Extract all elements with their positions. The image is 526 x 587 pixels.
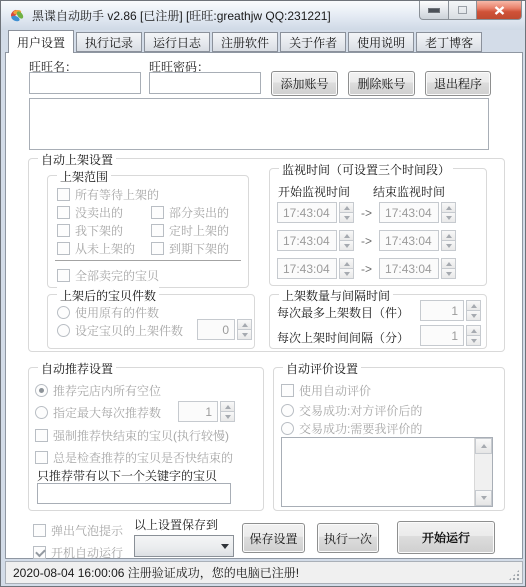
add-account-button[interactable]: 添加账号 — [271, 71, 338, 96]
checkbox-unsold[interactable] — [57, 206, 70, 219]
start-run-button[interactable]: 开始运行 — [397, 521, 495, 554]
auto-review-group-title: 自动评价设置 — [283, 360, 361, 377]
tab-label: 运行日志 — [153, 34, 201, 51]
chevron-down-icon — [217, 536, 233, 556]
scope-row: 从未上架的 — [57, 240, 135, 257]
footer-row: 开机自动运行 — [33, 544, 123, 561]
monitor-period-row: 17:43:04 -> 17:43:04 — [277, 230, 456, 251]
wangwang-name-input[interactable] — [29, 72, 141, 94]
checkbox-all-sold-out[interactable] — [57, 269, 70, 282]
checkbox-label: 所有等待上架的 — [75, 186, 159, 203]
review-row: 使用自动评价 — [281, 382, 371, 399]
status-bar: 2020-08-04 16:00:06 注册验证成功，您的电脑已注册! — [5, 561, 523, 584]
checkbox-label: 我下架的 — [75, 222, 123, 239]
review-row: 交易成功:需要我评价的 — [281, 420, 422, 437]
close-icon — [494, 6, 505, 15]
checkbox-enable-auto-review[interactable] — [281, 384, 294, 397]
tab-about-author[interactable]: 关于作者 — [280, 32, 346, 52]
checkbox-label: 总是检查推荐的宝贝是否快结束的 — [53, 449, 233, 466]
minimize-button[interactable] — [419, 1, 449, 20]
recommend-row: 指定最大每次推荐数 — [35, 404, 161, 421]
app-icon — [9, 8, 25, 24]
checkbox-never-listed[interactable] — [57, 242, 70, 255]
piece-count-row: 使用原有的件数 — [57, 304, 159, 321]
checkbox-label: 部分卖出的 — [169, 204, 229, 221]
scope-row: 到期下架的 — [151, 240, 229, 257]
max-recommend-value: 1 — [178, 401, 218, 422]
spin-up-icon[interactable] — [466, 325, 481, 336]
maximize-icon — [458, 6, 467, 14]
batch-group-title: 上架数量与间隔时间 — [279, 287, 393, 304]
footer-row: 弹出气泡提示 — [33, 522, 123, 539]
wangwang-password-input[interactable] — [149, 72, 261, 94]
arrow-label: -> — [361, 234, 372, 248]
scope-row: 我下架的 — [57, 222, 123, 239]
spin-down-icon[interactable] — [339, 241, 354, 251]
spin-down-icon[interactable] — [466, 336, 481, 346]
end-monitor-label: 结束监视时间 — [373, 183, 445, 200]
recommend-row: 推荐完店内所有空位 — [35, 382, 161, 399]
spin-down-icon[interactable] — [339, 269, 354, 279]
max-per-batch-label: 每次最多上架数目（件） — [277, 304, 409, 321]
scope-row: 部分卖出的 — [151, 204, 229, 221]
caption-buttons — [419, 1, 522, 20]
tab-label: 用户设置 — [17, 34, 65, 51]
run-once-button[interactable]: 执行一次 — [317, 523, 379, 553]
tab-label: 老丁博客 — [425, 34, 473, 51]
radio-review-need-me[interactable] — [281, 422, 294, 435]
monitor-period-row: 17:43:04 -> 17:43:04 — [277, 202, 456, 223]
monitor-period-row: 17:43:04 -> 17:43:04 — [277, 258, 456, 279]
save-to-combobox[interactable] — [134, 535, 234, 557]
spin-down-icon[interactable] — [466, 311, 481, 321]
recommend-row: 总是检查推荐的宝贝是否快结束的 — [35, 449, 233, 466]
end-time-spinner-2[interactable]: 17:43:04 — [379, 230, 456, 251]
interval-minutes-value: 1 — [420, 325, 464, 346]
tab-label: 执行记录 — [85, 34, 133, 51]
spin-down-icon[interactable] — [237, 330, 252, 340]
tab-register-software[interactable]: 注册软件 — [212, 32, 278, 52]
scope-divider — [55, 260, 241, 261]
spin-up-icon[interactable] — [339, 202, 354, 213]
scrollbar-down-icon[interactable] — [475, 490, 492, 506]
auto-listing-group-title: 自动上架设置 — [38, 151, 116, 168]
start-time-value: 17:43:04 — [277, 230, 337, 251]
end-time-value: 17:43:04 — [379, 258, 439, 279]
tab-laoding-blog[interactable]: 老丁博客 — [416, 32, 482, 52]
scope-row: 定时上架的 — [151, 222, 229, 239]
spin-up-icon[interactable] — [237, 319, 252, 330]
spin-down-icon[interactable] — [339, 213, 354, 223]
spin-up-icon[interactable] — [339, 230, 354, 241]
tab-run-log[interactable]: 运行日志 — [144, 32, 210, 52]
minimize-icon — [428, 8, 440, 13]
checkbox-label: 弹出气泡提示 — [51, 522, 123, 539]
end-time-value: 17:43:04 — [379, 202, 439, 223]
checkbox-label: 全部卖完的宝贝 — [75, 267, 159, 284]
radio-label: 推荐完店内所有空位 — [53, 382, 161, 399]
interval-minutes-label: 每次上架时间间隔（分） — [277, 329, 409, 346]
spin-up-icon[interactable] — [441, 202, 456, 213]
tab-instructions[interactable]: 使用说明 — [348, 32, 414, 52]
piece-count-group-title: 上架后的宝贝件数 — [57, 287, 159, 304]
window-title: 黑谍自动助手 v2.86 [已注册] [旺旺:greathjw QQ:23122… — [32, 7, 331, 24]
piece-count-row: 设定宝贝的上架件数 — [57, 322, 183, 339]
arrow-label: -> — [361, 206, 372, 220]
save-to-label: 以上设置保存到 — [134, 516, 218, 533]
end-time-spinner-1[interactable]: 17:43:04 — [379, 202, 456, 223]
listing-scope-group-title: 上架范围 — [57, 168, 111, 185]
checkbox-label: 没卖出的 — [75, 204, 123, 221]
status-text: 2020-08-04 16:00:06 注册验证成功，您的电脑已注册! — [13, 564, 299, 581]
spin-up-icon[interactable] — [441, 258, 456, 269]
end-time-spinner-3[interactable]: 17:43:04 — [379, 258, 456, 279]
checkbox-label: 从未上架的 — [75, 240, 135, 257]
radio-review-after-other-party[interactable] — [281, 404, 294, 417]
arrow-label: -> — [361, 262, 372, 276]
spin-up-icon[interactable] — [220, 401, 235, 412]
radio-label: 使用原有的件数 — [75, 304, 159, 321]
review-text-area[interactable] — [281, 437, 493, 507]
app-window: 黑谍自动助手 v2.86 [已注册] [旺旺:greathjw QQ:23122… — [0, 0, 526, 587]
spin-up-icon[interactable] — [441, 230, 456, 241]
account-listbox[interactable] — [29, 98, 489, 150]
scrollbar-up-icon[interactable] — [475, 438, 492, 454]
radio-use-original-count[interactable] — [57, 306, 70, 319]
max-recommend-spinner[interactable]: 1 — [178, 401, 235, 422]
checkbox-label: 开机自动运行 — [51, 544, 123, 561]
start-time-spinner-3[interactable]: 17:43:04 — [277, 258, 354, 279]
monitor-time-group-title: 监视时间（可设置三个时间段） — [279, 161, 453, 178]
keyword-input[interactable] — [37, 483, 231, 504]
tab-execution-record[interactable]: 执行记录 — [76, 32, 142, 52]
radio-label: 交易成功:需要我评价的 — [299, 420, 422, 437]
radio-label: 交易成功:对方评价后的 — [299, 402, 422, 419]
radio-label: 设定宝贝的上架件数 — [75, 322, 183, 339]
tab-label: 关于作者 — [289, 34, 337, 51]
save-settings-button[interactable]: 保存设置 — [242, 523, 305, 553]
delete-account-button[interactable]: 删除账号 — [348, 71, 415, 96]
end-time-value: 17:43:04 — [379, 230, 439, 251]
tab-label: 注册软件 — [221, 34, 269, 51]
tab-label: 使用说明 — [357, 34, 405, 51]
checkbox-autorun-on-boot[interactable] — [33, 546, 46, 559]
checkbox-label: 到期下架的 — [169, 240, 229, 257]
scope-row: 没卖出的 — [57, 204, 123, 221]
radio-max-recommend-count[interactable] — [35, 406, 48, 419]
checkbox-label: 强制推荐快结束的宝贝(执行较慢) — [53, 427, 229, 444]
start-time-value: 17:43:04 — [277, 202, 337, 223]
radio-label: 指定最大每次推荐数 — [53, 404, 161, 421]
checkbox-label: 定时上架的 — [169, 222, 229, 239]
start-time-spinner-1[interactable]: 17:43:04 — [277, 202, 354, 223]
radio-set-listing-count[interactable] — [57, 324, 70, 337]
spin-down-icon[interactable] — [441, 213, 456, 223]
maximize-button[interactable] — [449, 1, 476, 20]
review-scrollbar[interactable] — [474, 438, 492, 506]
spin-up-icon[interactable] — [339, 258, 354, 269]
close-button[interactable] — [476, 1, 522, 20]
checkbox-delisted-by-me[interactable] — [57, 224, 70, 237]
tab-user-settings[interactable]: 用户设置 — [8, 30, 74, 53]
checkbox-all-waiting[interactable] — [57, 188, 70, 201]
spin-down-icon[interactable] — [441, 269, 456, 279]
checkbox-always-check-ending[interactable] — [35, 451, 48, 464]
review-row: 交易成功:对方评价后的 — [281, 402, 422, 419]
checkbox-label: 使用自动评价 — [299, 382, 371, 399]
scope-row: 全部卖完的宝贝 — [57, 267, 159, 284]
spin-down-icon[interactable] — [220, 412, 235, 422]
resize-grip[interactable] — [508, 569, 520, 581]
max-per-batch-spinner[interactable]: 1 — [420, 300, 481, 321]
max-per-batch-value: 1 — [420, 300, 464, 321]
start-time-spinner-2[interactable]: 17:43:04 — [277, 230, 354, 251]
radio-recommend-all-slots[interactable] — [35, 384, 48, 397]
spin-up-icon[interactable] — [466, 300, 481, 311]
recommend-row: 强制推荐快结束的宝贝(执行较慢) — [35, 427, 229, 444]
checkbox-scheduled-listing[interactable] — [151, 224, 164, 237]
checkbox-force-recommend-ending[interactable] — [35, 429, 48, 442]
keyword-filter-label: 只推荐带有以下一个关键字的宝贝 — [37, 467, 217, 484]
scope-row: 所有等待上架的 — [57, 186, 159, 203]
tab-strip: 用户设置 执行记录 运行日志 注册软件 关于作者 使用说明 老丁博客 — [8, 32, 484, 55]
listing-count-value: 0 — [197, 319, 235, 340]
exit-program-button[interactable]: 退出程序 — [425, 71, 491, 96]
auto-recommend-group-title: 自动推荐设置 — [38, 360, 116, 377]
spin-down-icon[interactable] — [441, 241, 456, 251]
interval-minutes-spinner[interactable]: 1 — [420, 325, 481, 346]
start-time-value: 17:43:04 — [277, 258, 337, 279]
start-monitor-label: 开始监视时间 — [278, 183, 350, 200]
checkbox-expired-delisted[interactable] — [151, 242, 164, 255]
checkbox-bubble-tip[interactable] — [33, 524, 46, 537]
checkbox-partially-sold[interactable] — [151, 206, 164, 219]
listing-count-spinner[interactable]: 0 — [197, 319, 252, 340]
